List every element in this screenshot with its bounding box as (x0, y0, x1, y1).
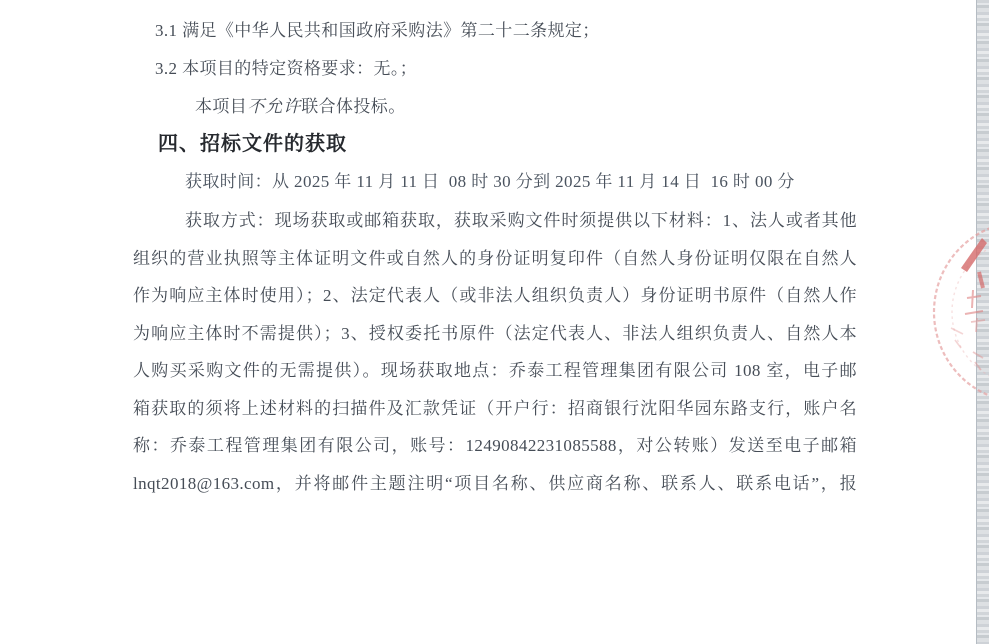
clause-3-1: 3.1 满足《中华人民共和国政府采购法》第二十二条规定； (133, 12, 857, 50)
section-heading: 四、招标文件的获取 (133, 126, 857, 162)
acquisition-time-line: 获取时间：从 2025 年 11 月 11 日 08 时 30 分到 2025 … (133, 162, 857, 202)
red-seal-stamp (925, 210, 989, 410)
paragraph-line: lnqt2018@163.com，并将邮件主题注明“项目名称、供应商名称、联系人… (133, 465, 857, 503)
paragraph-line: 获取方式：现场获取或邮箱获取，获取采购文件时须提供以下材料：1、法人或者其他 (133, 202, 857, 240)
joint-bid-prefix: 本项目 (195, 97, 247, 116)
paragraph-line: 箱获取的须将上述材料的扫描件及汇款凭证（开户行：招商银行沈阳华园东路支行，账户名 (133, 390, 857, 428)
paragraph-line: 作为响应主体时使用）；2、法定代表人（或非法人组织负责人）身份证明书原件（自然人… (133, 277, 857, 315)
clause-3-2: 3.2 本项目的特定资格要求：无。； (133, 50, 857, 88)
joint-bid-line: 本项目不允许联合体投标。 (133, 88, 857, 126)
paragraph-line: 人购买采购文件的无需提供）。现场获取地点：乔泰工程管理集团有限公司 108 室，… (133, 352, 857, 390)
document-body: 3.1 满足《中华人民共和国政府采购法》第二十二条规定； 3.2 本项目的特定资… (133, 0, 857, 502)
no-joint-bid-emphasis: 不允许 (247, 97, 301, 116)
paragraph-line: 为响应主体时不需提供）；3、授权委托书原件（法定代表人、非法人组织负责人、自然人… (133, 315, 857, 353)
paragraph-line: 称：乔泰工程管理集团有限公司，账号：12490842231085588，对公转账… (133, 427, 857, 465)
joint-bid-suffix: 联合体投标。 (301, 97, 405, 116)
paragraph-line: 组织的营业执照等主体证明文件或自然人的身份证明复印件（自然人身份证明仅限在自然人 (133, 240, 857, 278)
